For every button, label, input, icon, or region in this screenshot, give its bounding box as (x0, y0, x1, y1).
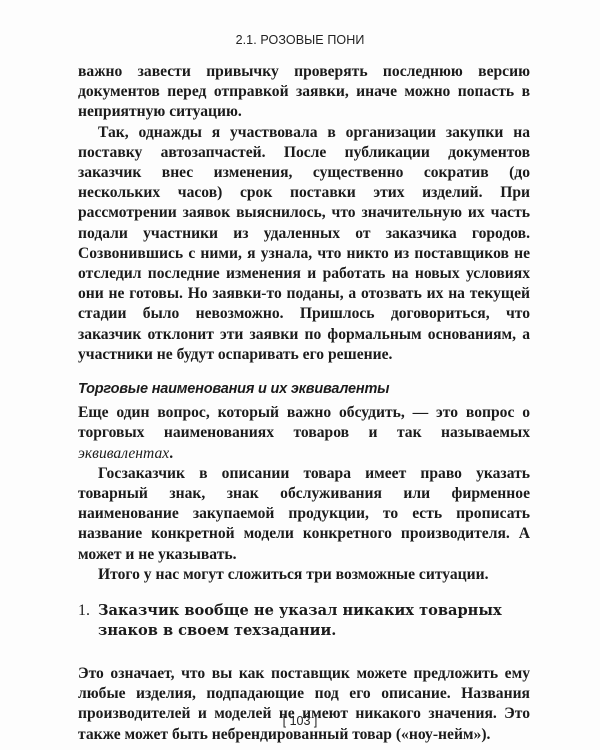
list-item-text: Заказчик вообще не указал никаких товарн… (98, 601, 530, 642)
numbered-list-item: 1. Заказчик вообще не указал никаких тов… (78, 601, 530, 642)
section-heading: Торговые наименования и их эквиваленты (78, 379, 530, 399)
emphasized-term: эквивалентах (78, 445, 169, 462)
paragraph-situations: Итого у нас могут сложиться три возможны… (78, 565, 530, 585)
book-page: 2.1. РОЗОВЫЕ ПОНИ важно завести привычку… (0, 0, 600, 750)
running-head: 2.1. РОЗОВЫЕ ПОНИ (0, 33, 600, 47)
page-number: [ 103 ] (0, 714, 600, 728)
paragraph-intro-text: Еще один вопрос, который важно обсудить,… (78, 404, 530, 441)
paragraph-trademark: Госзаказчик в описании товара имеет прав… (78, 464, 530, 565)
page-body: важно завести привычку проверять последн… (78, 62, 530, 745)
paragraph-intro-end: . (169, 445, 173, 462)
paragraph-continued: важно завести привычку проверять последн… (78, 62, 530, 123)
paragraph-intro: Еще один вопрос, который важно обсудить,… (78, 403, 530, 464)
paragraph-anecdote: Так, однажды я участвовала в организации… (78, 123, 530, 365)
paragraph-explanation: Это означает, что вы как поставщик может… (78, 664, 530, 745)
list-item-number: 1. (78, 601, 98, 642)
